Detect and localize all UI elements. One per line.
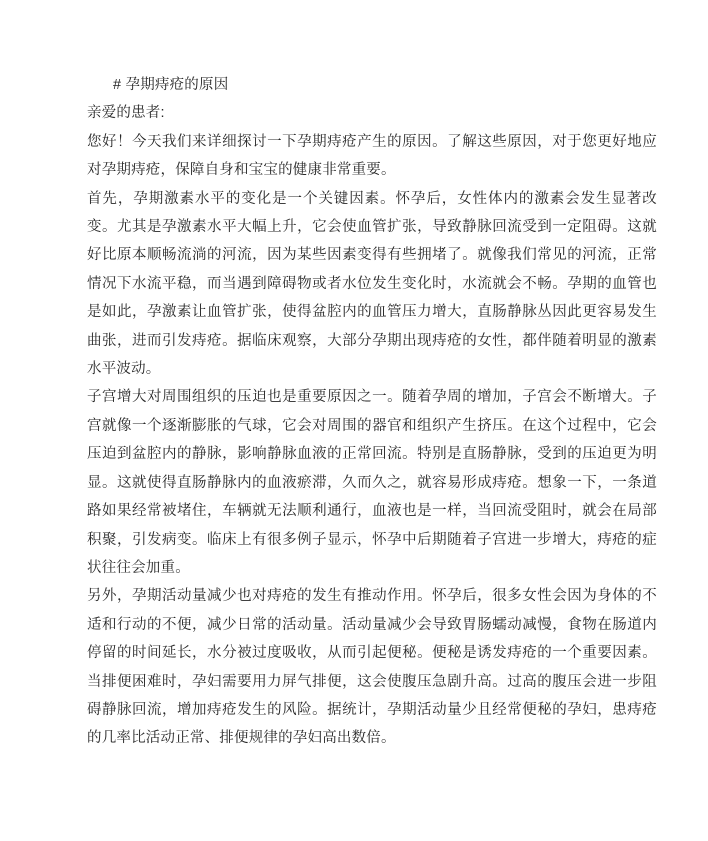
paragraph-intro: 您好！今天我们来详细探讨一下孕期痔疮产生的原因。了解这些原因，对于您更好地应对孕… bbox=[87, 128, 657, 185]
document-heading: # 孕期痔疮的原因 bbox=[87, 71, 657, 99]
salutation-line: 亲爱的患者: bbox=[87, 99, 657, 127]
paragraph-hormones: 首先，孕期激素水平的变化是一个关键因素。怀孕后，女性体内的激素会发生显著改变。尤… bbox=[87, 185, 657, 384]
paragraph-uterus-pressure: 子宫增大对周围组织的压迫也是重要原因之一。随着孕周的增加，子宫会不断增大。子宫就… bbox=[87, 383, 657, 582]
paragraph-reduced-activity: 另外，孕期活动量减少也对痔疮的发生有推动作用。怀孕后，很多女性会因为身体的不适和… bbox=[87, 582, 657, 752]
document-page: # 孕期痔疮的原因 亲爱的患者: 您好！今天我们来详细探讨一下孕期痔疮产生的原因… bbox=[0, 0, 708, 841]
document-body: # 孕期痔疮的原因 亲爱的患者: 您好！今天我们来详细探讨一下孕期痔疮产生的原因… bbox=[87, 71, 657, 753]
